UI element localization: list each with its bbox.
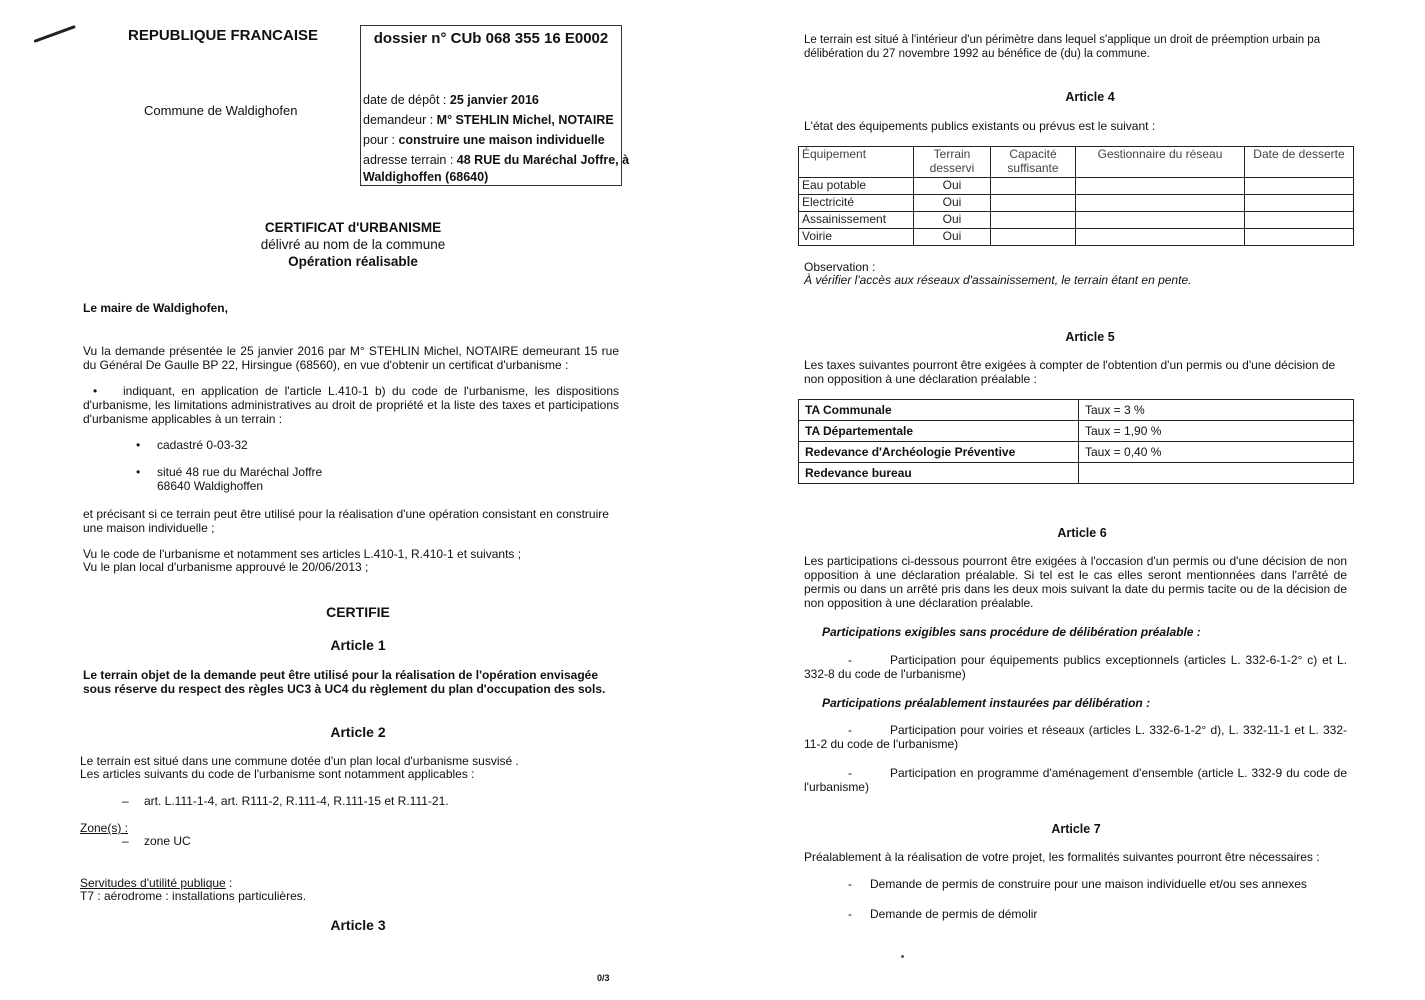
header-gestionnaire: Gestionnaire du réseau: [1076, 147, 1245, 178]
dossier-number: dossier n° CUb 068 355 16 E0002: [361, 30, 621, 47]
servitude-item: T7 : aérodrome : installations particuli…: [80, 889, 306, 903]
header-date-desserte: Date de desserte: [1245, 147, 1354, 178]
table-row: TA DépartementaleTaux = 1,90 %: [799, 421, 1354, 442]
article-4-intro: L'état des équipements publics existants…: [804, 119, 1155, 133]
article-2-title: Article 2: [258, 724, 458, 740]
participation-item-1: -Participation pour équipements publics …: [804, 653, 1347, 681]
certificate-title-block: CERTIFICAT d'URBANISME délivré au nom de…: [200, 219, 506, 270]
article-2-line2: Les articles suivants du code de l'urban…: [80, 767, 475, 781]
observation-label: Observation :: [804, 260, 875, 274]
bullet-cadastre: •cadastré 0-03-32: [136, 438, 248, 452]
vu-plan-line: Vu le plan local d'urbanisme approuvé le…: [83, 560, 368, 574]
dossier-box: dossier n° CUb 068 355 16 E0002 date de …: [360, 25, 622, 186]
article-4-title: Article 4: [1000, 90, 1180, 104]
table-row: TA CommunaleTaux = 3 %: [799, 400, 1354, 421]
dossier-adresse-city: Waldighoffen (68640): [363, 169, 629, 186]
sans-deliberation-label: Participations exigibles sans procédure …: [822, 625, 1201, 639]
article-1-title: Article 1: [258, 637, 458, 653]
participation-item-2: -Participation pour voiries et réseaux (…: [804, 723, 1347, 751]
certificate-status: Opération réalisable: [200, 253, 506, 270]
certificate-subtitle: délivré au nom de la commune: [200, 236, 506, 253]
vu-code-line: Vu le code de l'urbanisme et notamment s…: [83, 547, 521, 561]
header-terrain-desservi: Terrain desservi: [914, 147, 991, 178]
formalite-item-2: -Demande de permis de démolir: [848, 907, 1037, 921]
country-heading: REPUBLIQUE FRANCAISE: [128, 27, 318, 44]
article-5-title: Article 5: [1000, 330, 1180, 344]
maire-line: Le maire de Waldighofen,: [83, 301, 228, 315]
dossier-pour: pour : construire une maison individuell…: [363, 130, 629, 150]
preemption-paragraph: Le terrain est situé à l'intérieur d'un …: [804, 33, 1349, 61]
article-3-title: Article 3: [258, 917, 458, 933]
formalite-item-1: -Demande de permis de construire pour un…: [848, 877, 1307, 891]
pen-stroke-mark: [33, 25, 75, 43]
article-2-articles-item: –art. L.111-1-4, art. R111-2, R.111-4, R…: [122, 794, 449, 808]
table-row: AssainissementOui: [799, 212, 1354, 229]
scan-speck: [901, 955, 904, 958]
article-7-intro: Préalablement à la réalisation de votre …: [804, 850, 1320, 864]
bullet-indiquant: •indiquant, en application de l'article …: [83, 384, 619, 426]
article-6-title: Article 6: [992, 526, 1172, 540]
zones-label: Zone(s) :: [80, 821, 128, 835]
precisant-paragraph: et précisant si ce terrain peut être uti…: [83, 507, 623, 535]
participation-item-3: -Participation en programme d'aménagemen…: [804, 766, 1347, 794]
observation-text: À vérifier l'accès aux réseaux d'assaini…: [804, 273, 1191, 287]
article-7-title: Article 7: [986, 822, 1166, 836]
zone-item: –zone UC: [122, 834, 191, 848]
equipment-table-header: Équipement Terrain desservi Capacité suf…: [799, 147, 1354, 178]
dossier-depot: date de dépôt : 25 janvier 2016: [363, 90, 629, 110]
certificate-title: CERTIFICAT d'URBANISME: [200, 219, 506, 236]
dossier-adresse: adresse terrain : 48 RUE du Maréchal Jof…: [363, 152, 629, 169]
table-row: Eau potableOui: [799, 178, 1354, 195]
table-row: ElectricitéOui: [799, 195, 1354, 212]
header-equipement: Équipement: [799, 147, 914, 178]
article-2-line1: Le terrain est situé dans une commune do…: [80, 754, 519, 768]
article-6-intro: Les participations ci-dessous pourront ê…: [804, 554, 1347, 610]
equipment-table: Équipement Terrain desservi Capacité suf…: [798, 146, 1354, 246]
tax-table: TA CommunaleTaux = 3 % TA Départementale…: [798, 399, 1354, 484]
commune-name: Commune de Waldighofen: [144, 103, 297, 118]
vu-demande-paragraph: Vu la demande présentée le 25 janvier 20…: [83, 344, 619, 372]
table-row: Redevance d'Archéologie PréventiveTaux =…: [799, 442, 1354, 463]
article-5-intro: Les taxes suivantes pourront être exigée…: [804, 358, 1349, 386]
table-row: VoirieOui: [799, 229, 1354, 246]
par-deliberation-label: Participations préalablement instaurées …: [822, 696, 1150, 710]
header-capacite: Capacité suffisante: [991, 147, 1076, 178]
servitudes-label: Servitudes d'utilité publique :: [80, 876, 232, 890]
table-row: Redevance bureau: [799, 463, 1354, 484]
dossier-demandeur: demandeur : M° STEHLIN Michel, NOTAIRE: [363, 110, 629, 130]
article-1-text: Le terrain objet de la demande peut être…: [83, 668, 623, 696]
page-number: 0/3: [597, 973, 610, 983]
bullet-situe: •situé 48 rue du Maréchal Joffre 68640 W…: [136, 465, 322, 493]
certifie-heading: CERTIFIE: [258, 604, 458, 620]
